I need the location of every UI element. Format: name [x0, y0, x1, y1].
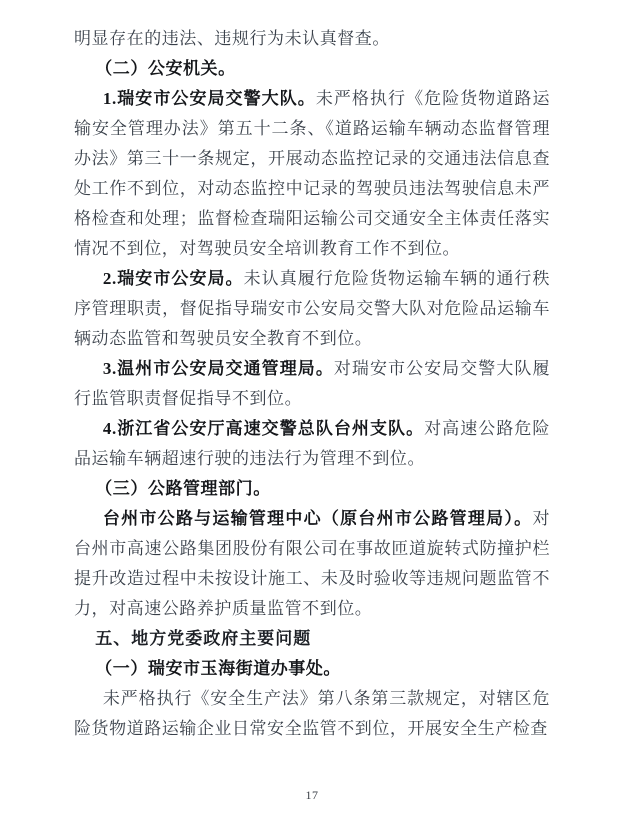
document-page: 明显存在的违法、违规行为未认真督查。（二）公安机关。1.瑞安市公安局交警大队。未… [0, 0, 624, 818]
page-number: 17 [0, 788, 624, 803]
document-body: 明显存在的违法、违规行为未认真督查。（二）公安机关。1.瑞安市公安局交警大队。未… [74, 24, 550, 744]
paragraph-lead: 4.浙江省公安厅高速交警总队台州支队。 [103, 419, 424, 438]
paragraph-lead: 3.温州市公安局交通管理局。 [103, 359, 334, 378]
paragraph: 明显存在的违法、违规行为未认真督查。 [74, 24, 550, 54]
paragraph: 3.温州市公安局交通管理局。对瑞安市公安局交警大队履行监管职责督促指导不到位。 [74, 354, 550, 414]
paragraph: 2.瑞安市公安局。未认真履行危险货物运输车辆的通行秩序管理职责，督促指导瑞安市公… [74, 264, 550, 354]
paragraph-lead: 1.瑞安市公安局交警大队。 [103, 89, 316, 108]
section-heading: （三）公路管理部门。 [74, 474, 550, 504]
paragraph: 1.瑞安市公安局交警大队。未严格执行《危险货物道路运输安全管理办法》第五十二条、… [74, 84, 550, 264]
paragraph: 4.浙江省公安厅高速交警总队台州支队。对高速公路危险品运输车辆超速行驶的违法行为… [74, 414, 550, 474]
paragraph-lead: 台州市公路与运输管理中心（原台州市公路管理局）。 [103, 509, 533, 528]
section-heading: （二）公安机关。 [74, 54, 550, 84]
section-heading: 五、地方党委政府主要问题 [74, 624, 550, 654]
paragraph-lead: 2.瑞安市公安局。 [103, 269, 244, 288]
paragraph: 台州市公路与运输管理中心（原台州市公路管理局）。对台州市高速公路集团股份有限公司… [74, 504, 550, 624]
paragraph: 未严格执行《安全生产法》第八条第三款规定，对辖区危险货物道路运输企业日常安全监管… [74, 684, 550, 744]
section-heading: （一）瑞安市玉海街道办事处。 [74, 654, 550, 684]
